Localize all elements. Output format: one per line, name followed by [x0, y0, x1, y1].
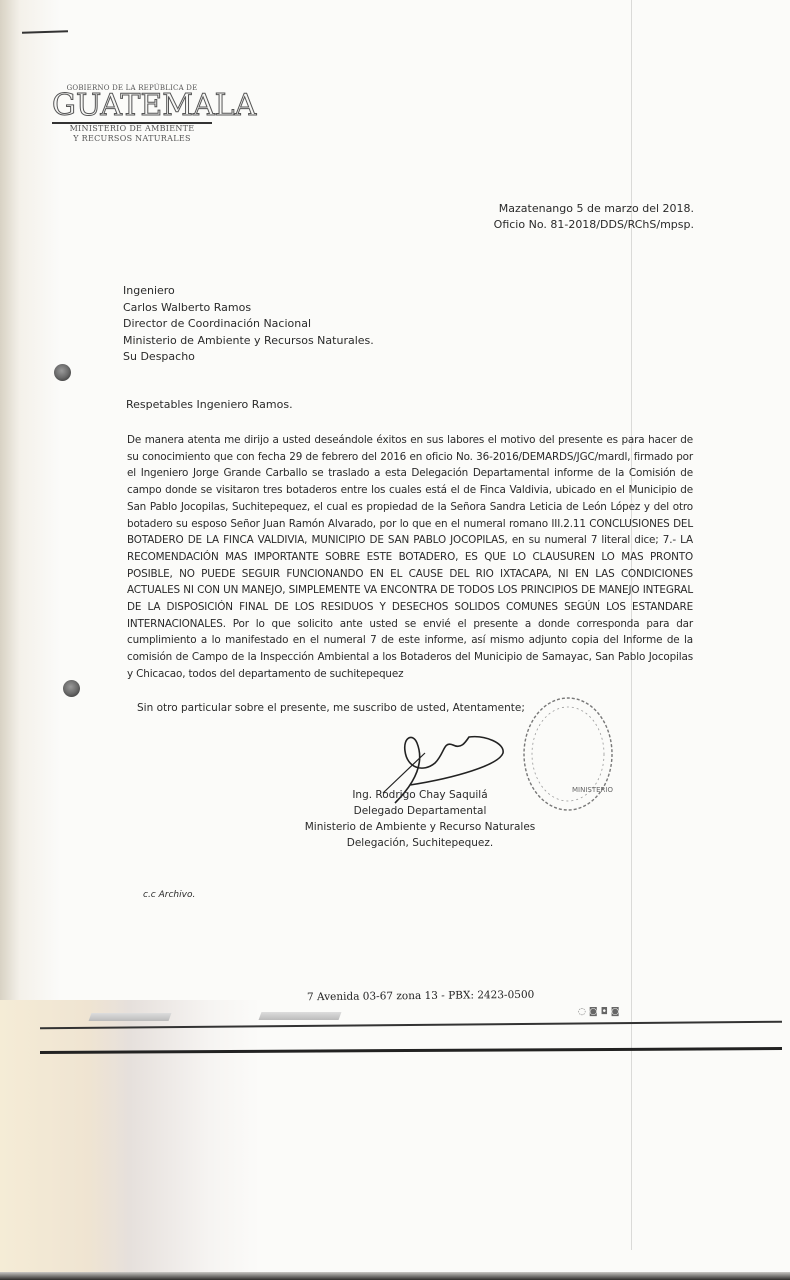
footer-decoration	[89, 1013, 172, 1021]
recipient-name: Carlos Walberto Ramos	[123, 300, 374, 317]
svg-text:MINISTERIO: MINISTERIO	[572, 786, 613, 794]
reference-number: Oficio No. 81-2018/DDS/RChS/mpsp.	[494, 217, 694, 233]
footer-decoration	[259, 1012, 342, 1020]
footer-address: 7 Avenida 03-67 zona 13 - PBX: 2423-0500	[307, 989, 534, 1003]
signatory-name: Ing. Rodrigo Chay Saquilá	[300, 787, 540, 803]
closing-line: Sin otro particular sobre el presente, m…	[137, 702, 525, 714]
greeting: Respetables Ingeniero Ramos.	[126, 398, 293, 411]
recipient-closing-line: Su Despacho	[123, 349, 374, 366]
punch-hole-icon	[54, 364, 71, 381]
page-bottom-edge	[0, 1272, 790, 1280]
recipient-organization: Ministerio de Ambiente y Recursos Natura…	[123, 333, 374, 350]
signatory-block: Ing. Rodrigo Chay Saquilá Delegado Depar…	[300, 787, 540, 851]
date-block: Mazatenango 5 de marzo del 2018. Oficio …	[494, 201, 694, 233]
punch-hole-icon	[63, 680, 80, 697]
signatory-organization: Ministerio de Ambiente y Recurso Natural…	[300, 819, 540, 835]
recipient-block: Ingeniero Carlos Walberto Ramos Director…	[123, 283, 374, 366]
letterhead-title: GUATEMALA	[52, 91, 212, 124]
letterhead-logo: GOBIERNO DE LA REPÚBLICA DE GUATEMALA MI…	[52, 84, 212, 144]
place-date: Mazatenango 5 de marzo del 2018.	[494, 201, 694, 217]
recipient-title: Ingeniero	[123, 283, 374, 300]
letterhead-ministry-line2: Y RECURSOS NATURALES	[52, 134, 212, 144]
recipient-position: Director de Coordinación Nacional	[123, 316, 374, 333]
letter-body: De manera atenta me dirijo a usted deseá…	[127, 432, 693, 683]
carbon-copy: c.c Archivo.	[143, 890, 195, 900]
page-shadow-bottom	[0, 1000, 260, 1280]
footer-logos-icon: ◌◙◘◙	[578, 1007, 622, 1017]
signatory-office: Delegación, Suchitepequez.	[300, 835, 540, 851]
signatory-position: Delegado Departamental	[300, 803, 540, 819]
letterhead-ministry-line1: MINISTERIO DE AMBIENTE	[52, 124, 212, 134]
